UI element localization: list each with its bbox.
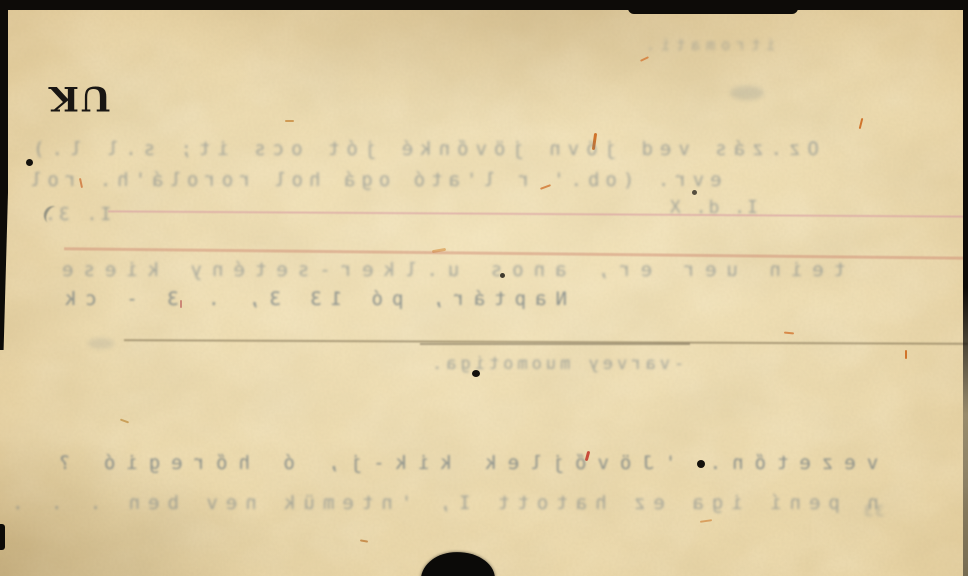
scan-edge-right — [963, 0, 968, 576]
ink-blob — [419, 549, 495, 576]
paper-fiber — [79, 178, 83, 188]
paper-fiber — [180, 300, 182, 308]
fold-crease-line — [124, 339, 968, 345]
ink-smudge — [730, 86, 764, 100]
fold-crease-shadow — [420, 343, 690, 345]
paper-fiber — [285, 120, 294, 122]
faint-text-line: Naptár, pó 13 3, . 3 - ck — [56, 288, 567, 310]
faint-text-line: evr. (ob.' r l'ató ogá hol rorolá'h. rol — [24, 169, 722, 191]
paper-fiber — [640, 56, 649, 62]
faint-text-line: 33 — [862, 502, 884, 520]
paper-fiber — [859, 118, 864, 129]
faint-text-line: vezetőn. 'Jövőjlek kik-j, ó hőregió ? — [48, 452, 878, 474]
scan-edge-left-tick — [0, 524, 5, 550]
scan-edge-top-bump — [628, 8, 798, 14]
scan-edge-top — [0, 0, 968, 10]
ink-dot — [472, 370, 480, 377]
ink-dot — [697, 460, 705, 468]
paper-fiber — [120, 419, 129, 424]
scan-edge-left — [0, 0, 8, 350]
paper-fiber — [784, 331, 794, 334]
faint-text-line: Oz.zás ved jövn jövőnké jót ocs it; s.l … — [26, 138, 819, 160]
paper-fiber — [540, 184, 551, 190]
faint-text-line: I. d. X — [668, 197, 758, 218]
paper-fiber — [905, 350, 907, 359]
paper-vignette — [0, 0, 968, 576]
paper-fiber — [432, 248, 446, 253]
faint-text-line: itromati. — [640, 36, 775, 54]
ink-dot — [500, 273, 505, 278]
ink-squiggle — [41, 203, 64, 227]
scanned-document: itromati. Oz.zás ved jövn jövőnké jót oc… — [0, 0, 968, 576]
paper-tone — [0, 0, 968, 576]
uk-stamp: UK — [50, 76, 108, 120]
ink-smudge — [88, 338, 114, 349]
ruled-line-pink — [108, 210, 968, 217]
ink-dot — [26, 159, 33, 166]
paper-fiber — [360, 539, 368, 542]
ink-dot — [692, 190, 697, 195]
ruled-line-red — [64, 247, 968, 259]
paper-fiber — [592, 133, 597, 150]
paper-fiber — [700, 519, 712, 523]
faint-text-line: tein uer er, anos u.lker-setény kiese — [52, 259, 845, 281]
paper-fiber — [585, 451, 590, 461]
faint-text-line: -varvey muomotiga. — [428, 354, 684, 374]
faint-text-line: n pení iga ez hatott I, 'ntemük nev ben … — [4, 492, 879, 514]
paper-texture — [0, 0, 968, 576]
